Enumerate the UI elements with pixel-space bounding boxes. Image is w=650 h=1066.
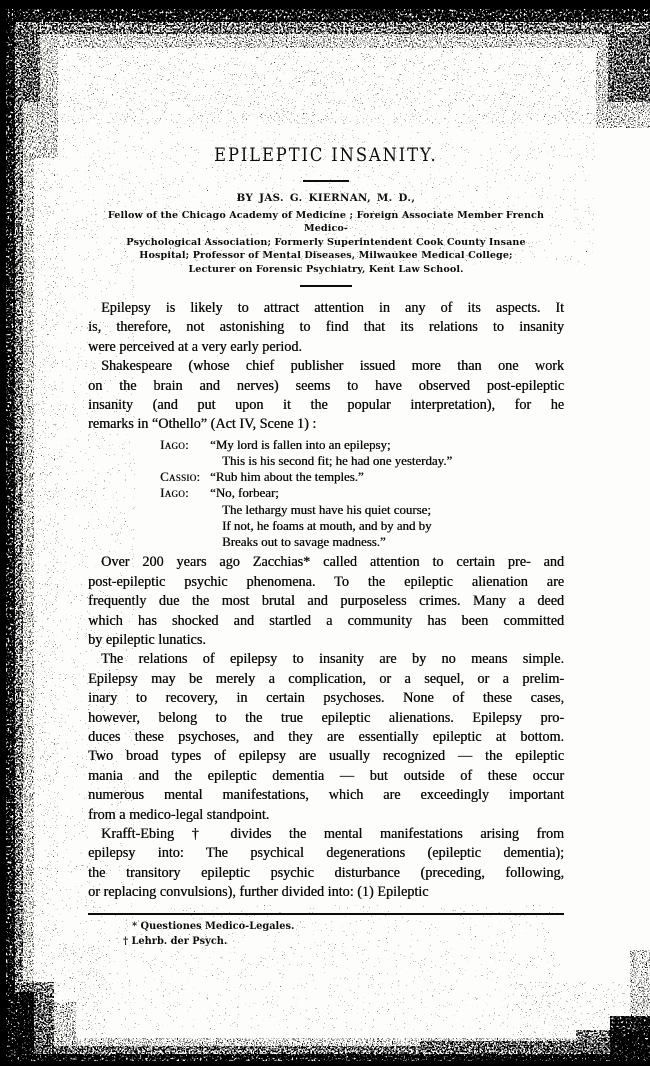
- paragraph: Krafft-Ebing † divides the mental manife…: [88, 825, 564, 903]
- stage-quote: Iago:“My lord is fallen into an epilepsy…: [160, 437, 564, 550]
- paragraph: Epilepsy is likely to attract attention …: [88, 299, 564, 357]
- quote-line: Iago:“My lord is fallen into an epilepsy…: [160, 437, 564, 453]
- footnote: * Questiones Medico-Legales.: [88, 919, 564, 935]
- quote-text: “My lord is fallen into an epilepsy;: [210, 438, 390, 452]
- paragraph: Over 200 years ago Zacchias* called atte…: [88, 553, 564, 650]
- text-line: Shakespeare (whose chief publisher issue…: [88, 357, 564, 376]
- text-line: epilepsy into: The psychical degeneratio…: [88, 844, 564, 863]
- text-line: inary to recovery, in certain psychoses.…: [88, 689, 564, 708]
- quote-line: The lethargy must have his quiet course;: [222, 502, 564, 518]
- quote-line: Iago:“No, forbear;: [160, 485, 564, 501]
- article-title-text: EPILEPTIC INSANITY.: [214, 146, 437, 165]
- text-line: Epilepsy is likely to attract attention …: [88, 299, 564, 318]
- text-line: however, belong to the true epileptic al…: [88, 709, 564, 728]
- text-line: or replacing convulsions), further divid…: [88, 883, 564, 902]
- quote-text: This is his second fit; he had one yeste…: [222, 454, 452, 468]
- quote-text: If not, he foams at mouth, and by and by: [222, 519, 431, 533]
- article-title: EPILEPTIC INSANITY.: [88, 146, 564, 165]
- article-column: EPILEPTIC INSANITY. BY JAS. G. KIERNAN, …: [88, 146, 564, 950]
- speaker-name: Iago:: [160, 437, 210, 453]
- quote-line: This is his second fit; he had one yeste…: [222, 453, 564, 469]
- text-line: from a medico-legal standpoint.: [88, 806, 564, 825]
- quote-line: Breaks out to savage madness.”: [222, 534, 564, 550]
- text-line: were perceived at a very early period.: [88, 338, 564, 357]
- text-line: on the brain and nerves) seems to have o…: [88, 377, 564, 396]
- footnote: † Lehrb. der Psych.: [88, 934, 564, 950]
- text-line: mania and the epileptic dementia — but o…: [88, 767, 564, 786]
- text-line: is, therefore, not astonishing to find t…: [88, 318, 564, 337]
- speaker-name: Cassio:: [160, 469, 210, 485]
- text-line: frequently due the most brutal and purpo…: [88, 592, 564, 611]
- text-line: Over 200 years ago Zacchias* called atte…: [88, 553, 564, 572]
- text-line: insanity (and put upon it the popular in…: [88, 396, 564, 415]
- paragraph: The relations of epilepsy to insanity ar…: [88, 650, 564, 825]
- paragraph: Shakespeare (whose chief publisher issue…: [88, 357, 564, 435]
- quote-line: Cassio:“Rub him about the temples.”: [160, 469, 564, 485]
- text-line: the transitory epileptic psychic disturb…: [88, 864, 564, 883]
- quote-text: “No, forbear;: [210, 486, 279, 500]
- byline: BY JAS. G. KIERNAN, M. D.,: [88, 192, 564, 204]
- affiliation-line: Hospital; Professor of Mental Diseases, …: [88, 249, 564, 262]
- affiliation-line: Fellow of the Chicago Academy of Medicin…: [88, 209, 564, 236]
- affiliation-block: Fellow of the Chicago Academy of Medicin…: [88, 209, 564, 276]
- scanned-page: EPILEPTIC INSANITY. BY JAS. G. KIERNAN, …: [0, 0, 650, 1066]
- text-line: post-epileptic psychic phenomena. To the…: [88, 573, 564, 592]
- text-line: Two broad types of epilepsy are usually …: [88, 747, 564, 766]
- byline-divider-rule: [300, 285, 352, 287]
- quote-text: Breaks out to savage madness.”: [222, 535, 386, 549]
- text-line: numerous mental manifestations, which ar…: [88, 786, 564, 805]
- affiliation-line: Psychological Association; Formerly Supe…: [88, 236, 564, 249]
- affiliation-line: Lecturer on Forensic Psychiatry, Kent La…: [88, 263, 564, 276]
- text-line: Epilepsy may be merely a complication, o…: [88, 670, 564, 689]
- footnotes: * Questiones Medico-Legales.† Lehrb. der…: [88, 919, 564, 950]
- text-line: which has shocked and startled a communi…: [88, 612, 564, 631]
- footnote-rule: [88, 913, 564, 915]
- speaker-name: Iago:: [160, 485, 210, 501]
- quote-text: The lethargy must have his quiet course;: [222, 503, 431, 517]
- text-line: Krafft-Ebing † divides the mental manife…: [88, 825, 564, 844]
- quote-text: “Rub him about the temples.”: [210, 470, 364, 484]
- text-line: duces these psychoses, and they are esse…: [88, 728, 564, 747]
- text-line: by epileptic lunatics.: [88, 631, 564, 650]
- article-body: Epilepsy is likely to attract attention …: [88, 299, 564, 903]
- text-line: remarks in “Othello” (Act IV, Scene 1) :: [88, 415, 564, 434]
- title-divider-rule: [303, 180, 349, 182]
- quote-line: If not, he foams at mouth, and by and by: [222, 518, 564, 534]
- text-line: The relations of epilepsy to insanity ar…: [88, 650, 564, 669]
